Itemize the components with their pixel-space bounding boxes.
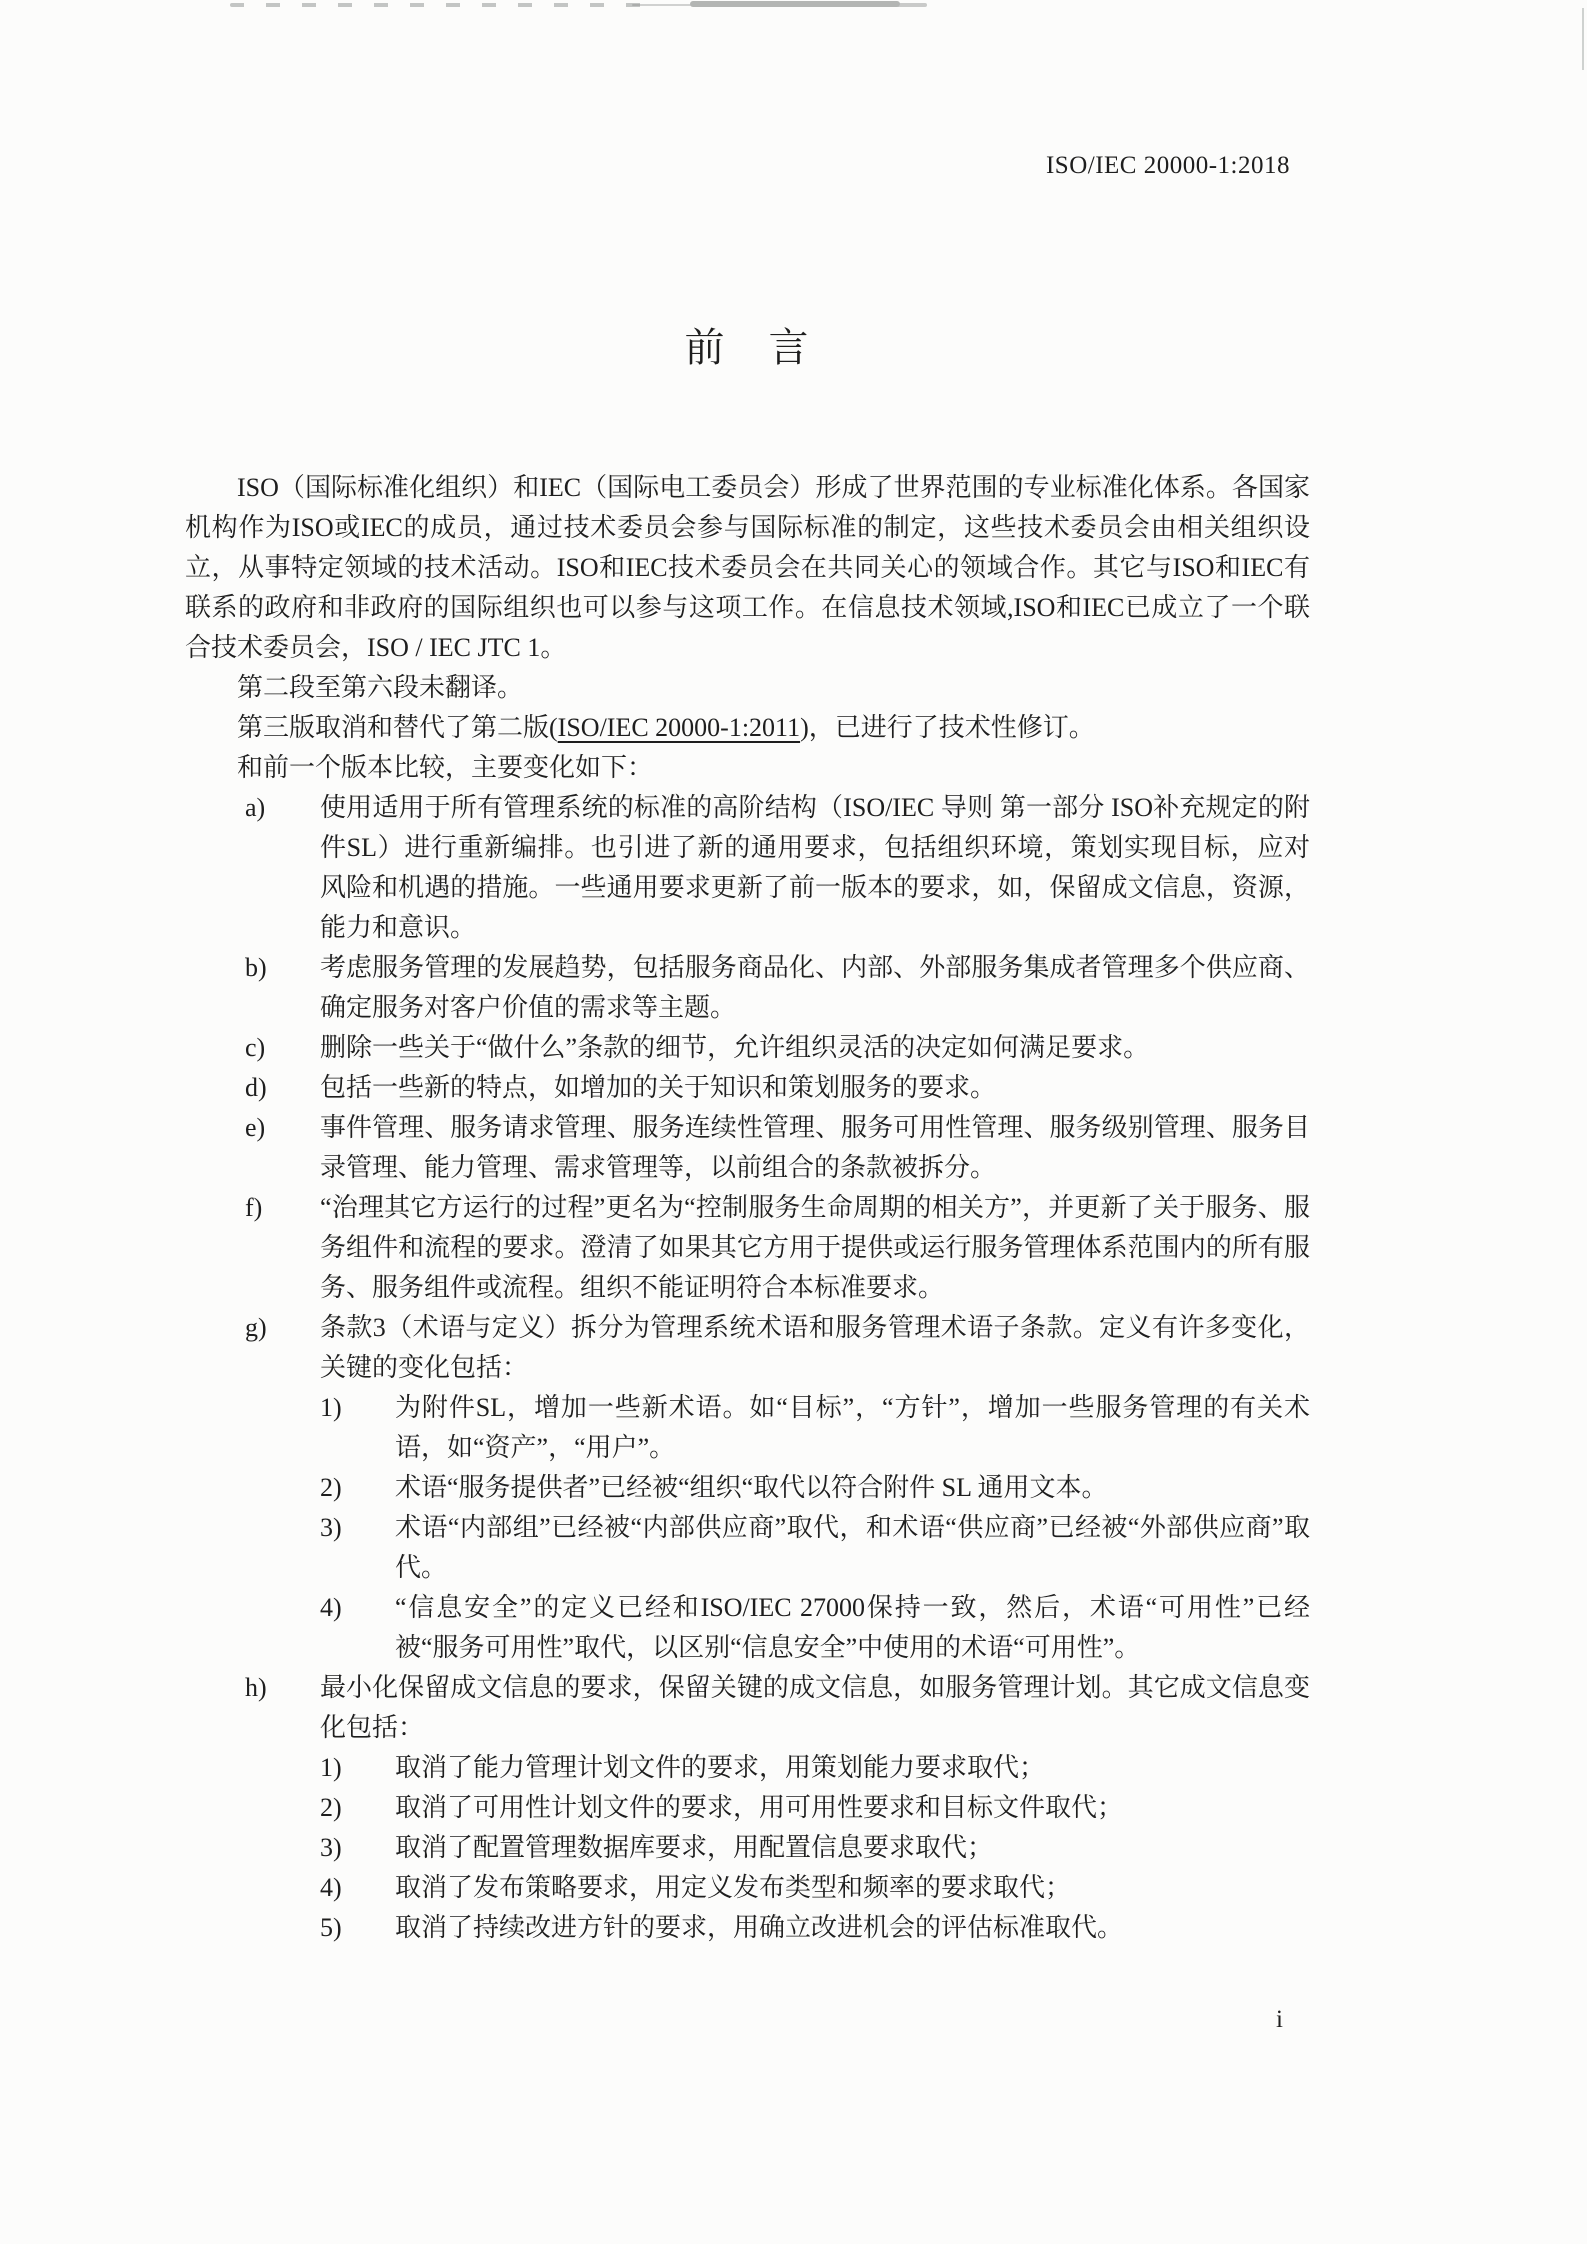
change-item-text: 术语“服务提供者”已经被“组织“取代以符合附件 SL 通用文本。 — [395, 1468, 1310, 1508]
change-item-label: 4) — [320, 1868, 342, 1908]
change-item-label: 1) — [320, 1748, 342, 1788]
change-item-text: 考虑服务管理的发展趋势，包括服务商品化、内部、外部服务集成者管理多个供应商、确定… — [320, 948, 1310, 1028]
untranslated-note-paragraph: 第二段至第六段未翻译。 — [185, 668, 1310, 708]
change-subitem-2: 2) 术语“服务提供者”已经被“组织“取代以符合附件 SL 通用文本。 — [185, 1468, 1310, 1508]
change-item-label: d) — [245, 1068, 267, 1108]
header-standard-ref: ISO/IEC 20000-1:2018 — [1046, 152, 1290, 179]
change-item-label: 5) — [320, 1908, 342, 1948]
change-item-text: 取消了配置管理数据库要求，用配置信息要求取代； — [395, 1828, 1310, 1868]
change-item-text: 事件管理、服务请求管理、服务连续性管理、服务可用性管理、服务级别管理、服务目录管… — [320, 1108, 1310, 1188]
changes-intro-paragraph: 和前一个版本比较，主要变化如下： — [185, 748, 1310, 788]
change-subitem-4: 4) “信息安全”的定义已经和ISO/IEC 27000保持一致，然后，术语“可… — [185, 1588, 1310, 1668]
page-footer: i — [1276, 2006, 1283, 2034]
change-item-label: e) — [245, 1108, 265, 1148]
change-item-label: 4) — [320, 1588, 342, 1628]
change-subitem-1: 1) 为附件SL，增加一些新术语。如“目标”，“方针”，增加一些服务管理的有关术… — [185, 1388, 1310, 1468]
change-item-text: 为附件SL，增加一些新术语。如“目标”，“方针”，增加一些服务管理的有关术语，如… — [395, 1388, 1310, 1468]
change-item-label: f) — [245, 1188, 262, 1228]
edition-note-paragraph: 第三版取消和替代了第二版(ISO/IEC 20000-1:2011)，已进行了技… — [185, 708, 1310, 748]
change-item-label: b) — [245, 948, 267, 988]
change-item-label: 3) — [320, 1828, 342, 1868]
change-item-text: 包括一些新的特点，如增加的关于知识和策划服务的要求。 — [320, 1068, 1310, 1108]
change-item-label: c) — [245, 1028, 265, 1068]
change-item-c: c) 删除一些关于“做什么”条款的细节，允许组织灵活的决定如何满足要求。 — [185, 1028, 1310, 1068]
change-item-text: “信息安全”的定义已经和ISO/IEC 27000保持一致，然后，术语“可用性”… — [395, 1588, 1310, 1668]
change-item-text: 取消了能力管理计划文件的要求，用策划能力要求取代； — [395, 1748, 1310, 1788]
change-item-f: f) “治理其它方运行的过程”更名为“控制服务生命周期的相关方”，并更新了关于服… — [185, 1188, 1310, 1308]
change-item-text: 删除一些关于“做什么”条款的细节，允许组织灵活的决定如何满足要求。 — [320, 1028, 1310, 1068]
document-page: ISO/IEC 20000-1:2018 前 言 ISO（国际标准化组织）和IE… — [0, 0, 1587, 2244]
change-item-text: 取消了可用性计划文件的要求，用可用性要求和目标文件取代； — [395, 1788, 1310, 1828]
change-item-label: 3) — [320, 1508, 342, 1548]
change-item-g: g) 条款3（术语与定义）拆分为管理系统术语和服务管理术语子条款。定义有许多变化… — [185, 1308, 1310, 1388]
change-subitem-5: 5) 取消了持续改进方针的要求，用确立改进机会的评估标准取代。 — [185, 1908, 1310, 1948]
change-subitem-3: 3) 取消了配置管理数据库要求，用配置信息要求取代； — [185, 1828, 1310, 1868]
change-item-text: 术语“内部组”已经被“内部供应商”取代，和术语“供应商”已经被“外部供应商”取代… — [395, 1508, 1310, 1588]
change-item-e: e) 事件管理、服务请求管理、服务连续性管理、服务可用性管理、服务级别管理、服务… — [185, 1108, 1310, 1188]
change-item-label: 2) — [320, 1788, 342, 1828]
change-item-label: a) — [245, 788, 265, 828]
change-item-label: g) — [245, 1308, 267, 1348]
edition-standard-ref: ISO/IEC 20000-1:2011 — [558, 713, 800, 742]
change-item-label: h) — [245, 1668, 267, 1708]
change-item-text: 最小化保留成文信息的要求，保留关键的成文信息，如服务管理计划。其它成文信息变化包… — [320, 1668, 1310, 1748]
change-item-text: 条款3（术语与定义）拆分为管理系统术语和服务管理术语子条款。定义有许多变化，关键… — [320, 1308, 1310, 1388]
change-item-text: 取消了持续改进方针的要求，用确立改进机会的评估标准取代。 — [395, 1908, 1310, 1948]
foreword-body: ISO（国际标准化组织）和IEC（国际电工委员会）形成了世界范围的专业标准化体系… — [185, 468, 1310, 1948]
change-item-h: h) 最小化保留成文信息的要求，保留关键的成文信息，如服务管理计划。其它成文信息… — [185, 1668, 1310, 1748]
change-item-label: 1) — [320, 1388, 342, 1428]
change-subitem-1: 1) 取消了能力管理计划文件的要求，用策划能力要求取代； — [185, 1748, 1310, 1788]
change-item-label: 2) — [320, 1468, 342, 1508]
scan-artifact-top-smudge — [690, 1, 900, 7]
change-subitem-2: 2) 取消了可用性计划文件的要求，用可用性要求和目标文件取代； — [185, 1788, 1310, 1828]
foreword-intro-paragraph: ISO（国际标准化组织）和IEC（国际电工委员会）形成了世界范围的专业标准化体系… — [185, 468, 1310, 668]
scan-artifact-top-left — [230, 3, 660, 7]
changes-list: a) 使用适用于所有管理系统的标准的高阶结构（ISO/IEC 导则 第一部分 I… — [185, 788, 1310, 1948]
change-item-text: 取消了发布策略要求，用定义发布类型和频率的要求取代； — [395, 1868, 1310, 1908]
page-header: ISO/IEC 20000-1:2018 — [185, 152, 1290, 180]
change-subitem-4: 4) 取消了发布策略要求，用定义发布类型和频率的要求取代； — [185, 1868, 1310, 1908]
edition-note-suffix: )，已进行了技术性修订。 — [800, 713, 1095, 742]
page-number: i — [1276, 2006, 1283, 2033]
change-item-a: a) 使用适用于所有管理系统的标准的高阶结构（ISO/IEC 导则 第一部分 I… — [185, 788, 1310, 948]
change-item-text: 使用适用于所有管理系统的标准的高阶结构（ISO/IEC 导则 第一部分 ISO补… — [320, 788, 1310, 948]
page-title: 前 言 — [185, 316, 1310, 373]
change-subitem-3: 3) 术语“内部组”已经被“内部供应商”取代，和术语“供应商”已经被“外部供应商… — [185, 1508, 1310, 1588]
change-item-text: “治理其它方运行的过程”更名为“控制服务生命周期的相关方”，并更新了关于服务、服… — [320, 1188, 1310, 1308]
change-item-d: d) 包括一些新的特点，如增加的关于知识和策划服务的要求。 — [185, 1068, 1310, 1108]
edition-note-prefix: 第三版取消和替代了第二版( — [237, 713, 558, 742]
change-item-b: b) 考虑服务管理的发展趋势，包括服务商品化、内部、外部服务集成者管理多个供应商… — [185, 948, 1310, 1028]
scan-artifact-right-edge — [1582, 8, 1584, 70]
